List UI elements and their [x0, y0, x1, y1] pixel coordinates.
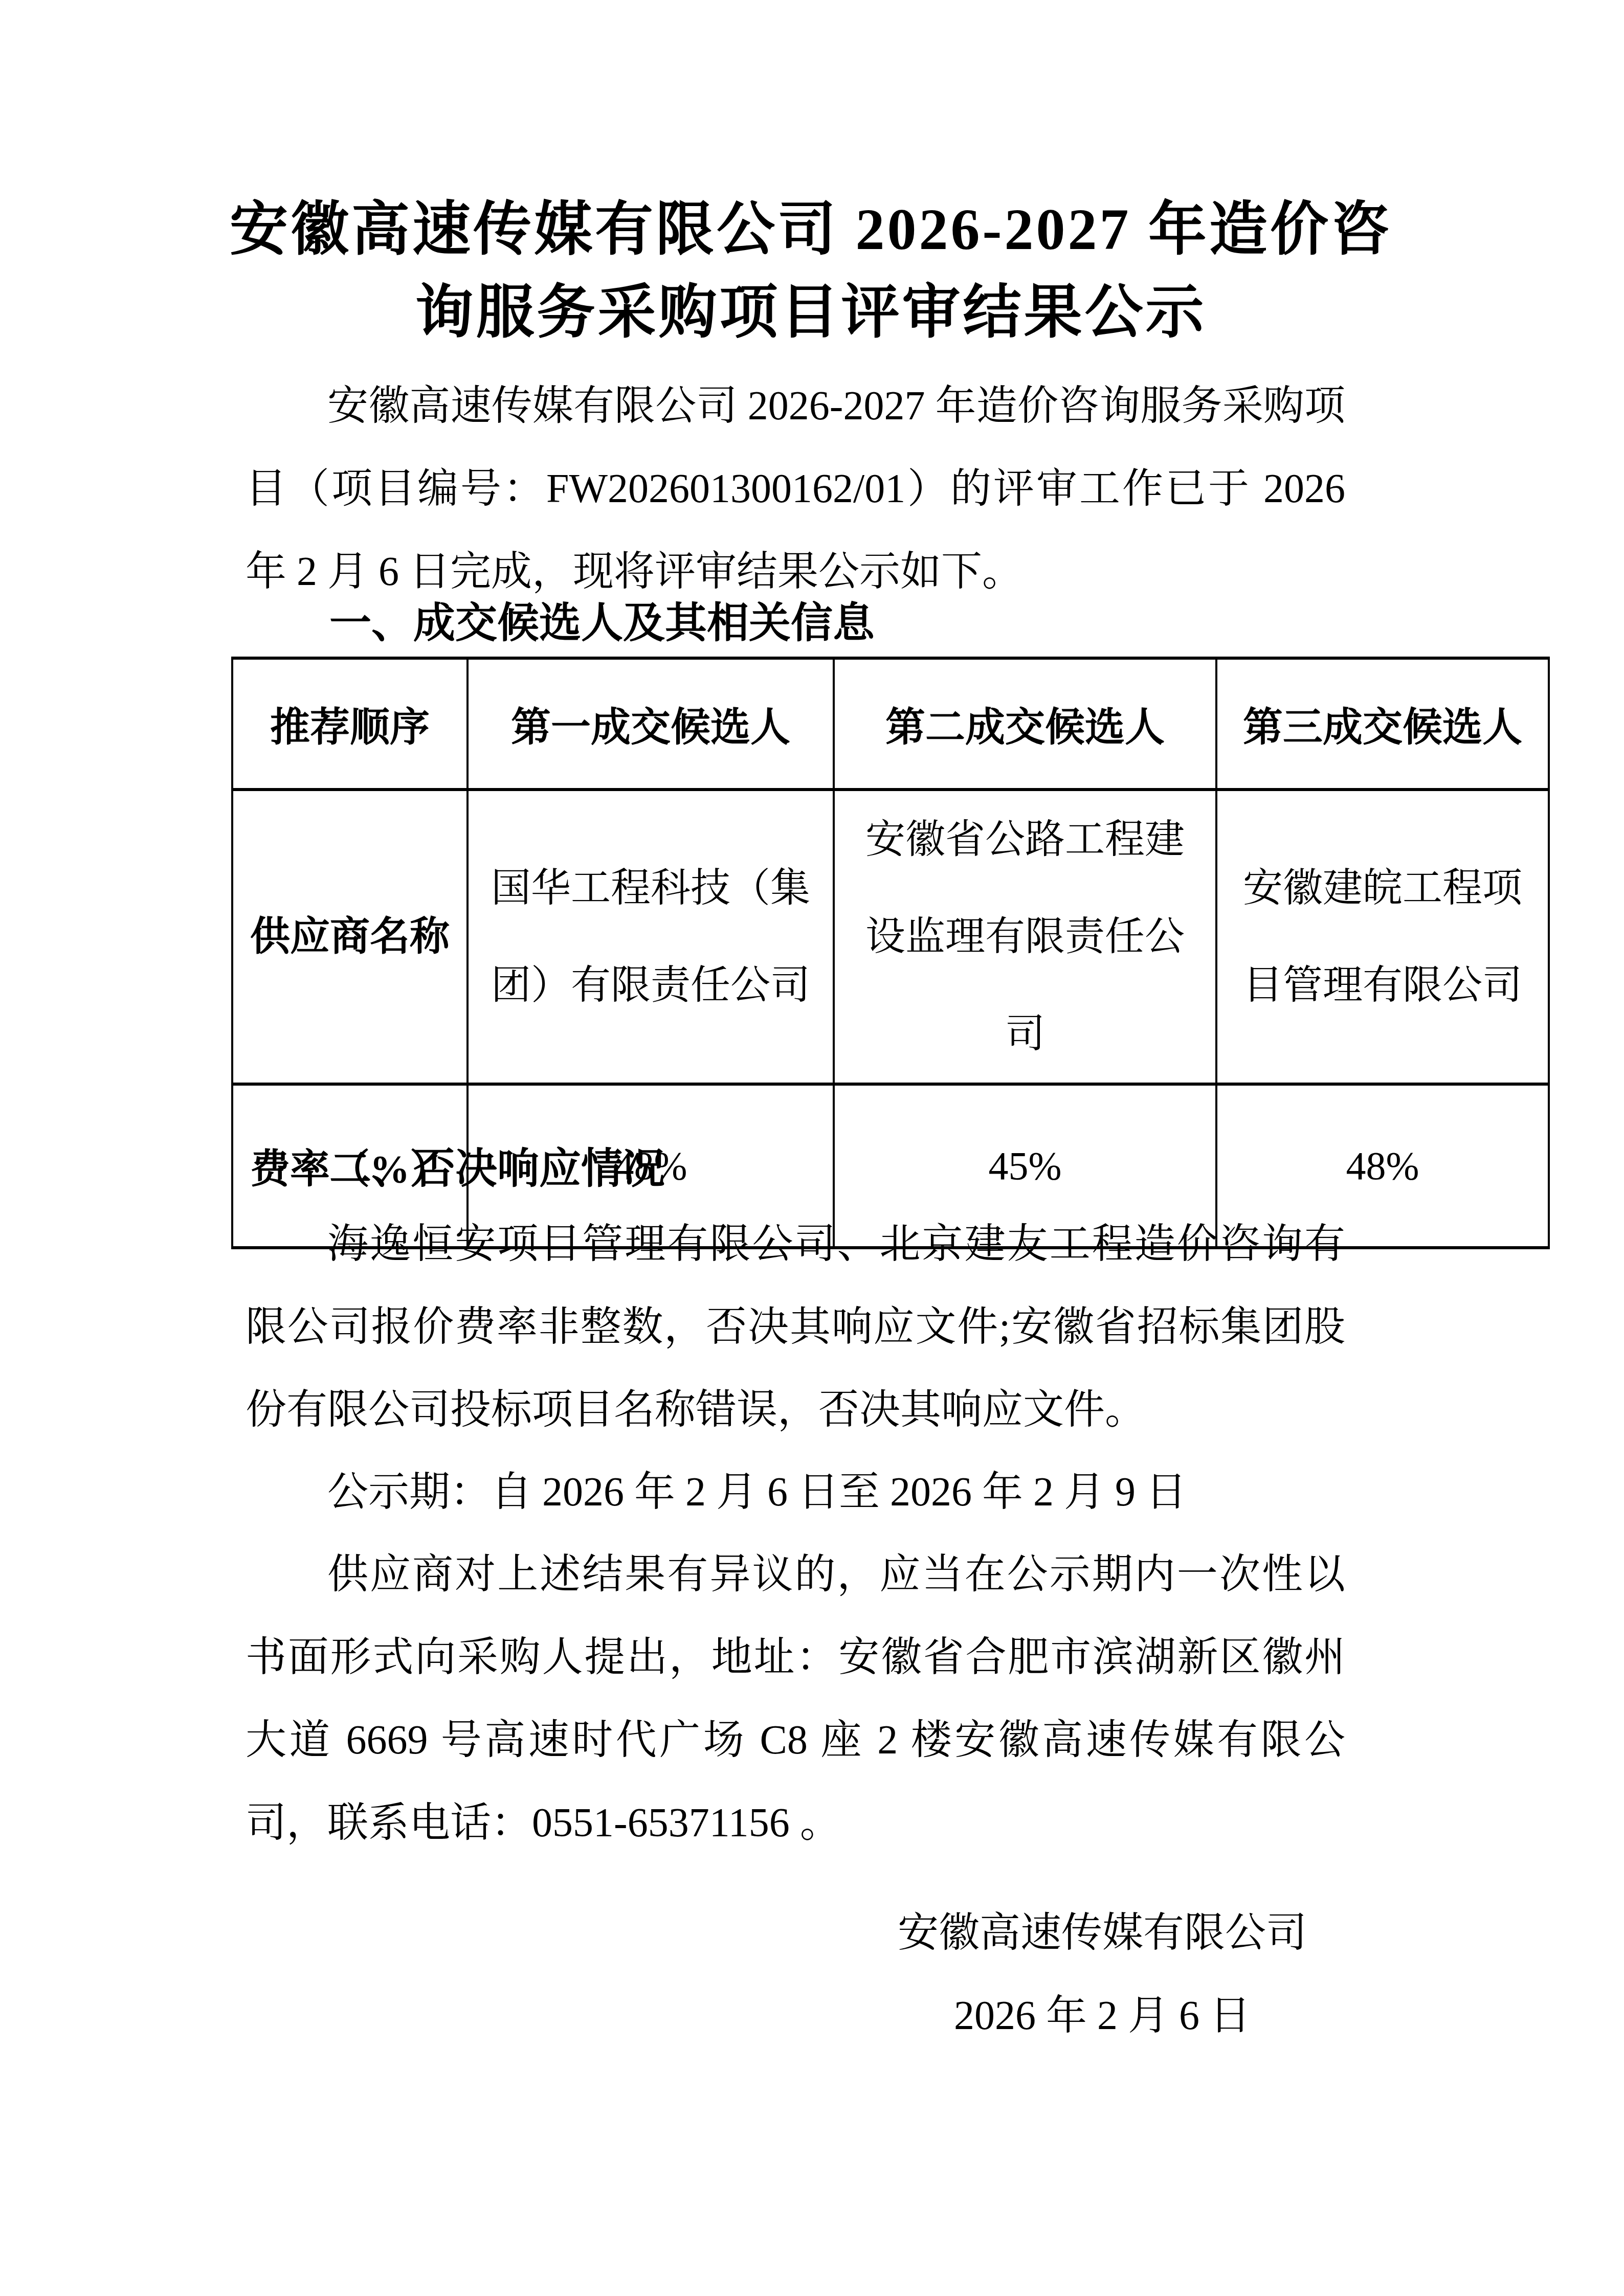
supplier-second: 安徽省公路工程建设监理有限责任公司 — [834, 790, 1216, 1084]
signature-date: 2026 年 2 月 6 日 — [864, 1974, 1340, 2057]
page-title: 安徽高速传媒有限公司 2026-2027 年造价咨 询服务采购项目评审结果公示 — [153, 188, 1468, 354]
signature-block: 安徽高速传媒有限公司 2026 年 2 月 6 日 — [864, 1892, 1340, 2057]
header-first-candidate: 第一成交候选人 — [468, 658, 834, 790]
supplier-name-row: 供应商名称 国华工程科技（集团）有限责任公司 安徽省公路工程建设监理有限责任公司… — [232, 790, 1549, 1084]
section1-heading: 一、成交候选人及其相关信息 — [246, 582, 1345, 665]
document-page: { "document": { "title_lines": [ "安徽高速传媒… — [0, 0, 1624, 2296]
supplier-row-label: 供应商名称 — [232, 790, 468, 1084]
page-title-line2: 询服务采购项目评审结果公示 — [153, 271, 1468, 354]
supplier-third: 安徽建皖工程项目管理有限公司 — [1216, 790, 1549, 1084]
page-title-line1: 安徽高速传媒有限公司 2026-2027 年造价咨 — [153, 188, 1468, 271]
header-second-candidate: 第二成交候选人 — [834, 658, 1216, 790]
header-third-candidate: 第三成交候选人 — [1216, 658, 1549, 790]
section2-heading: 二、否决响应情况 — [246, 1128, 1345, 1210]
supplier-first: 国华工程科技（集团）有限责任公司 — [468, 790, 834, 1084]
intro-paragraph: 安徽高速传媒有限公司 2026-2027 年造价咨询服务采购项目（项目编号：FW… — [246, 365, 1345, 613]
publicity-period: 公示期：自 2026 年 2 月 6 日至 2026 年 2 月 9 日 — [246, 1451, 1345, 1534]
table-header-row: 推荐顺序 第一成交候选人 第二成交候选人 第三成交候选人 — [232, 658, 1549, 790]
rejection-paragraph: 海逸恒安项目管理有限公司、北京建友工程造价咨询有限公司报价费率非整数，否决其响应… — [246, 1203, 1345, 1451]
header-rank: 推荐顺序 — [232, 658, 468, 790]
signature-company: 安徽高速传媒有限公司 — [864, 1892, 1340, 1974]
objection-paragraph: 供应商对上述结果有异议的，应当在公示期内一次性以书面形式向采购人提出，地址：安徽… — [246, 1533, 1345, 1864]
